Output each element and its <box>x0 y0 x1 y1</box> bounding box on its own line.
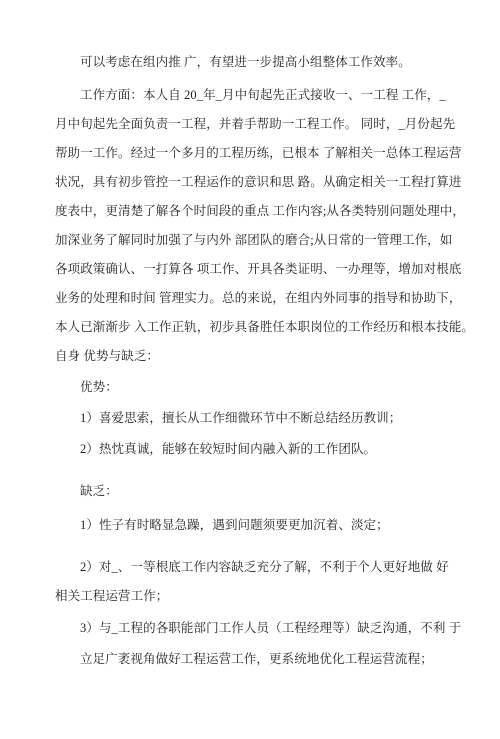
text-line: 工作方面：本人自 20_年_月中旬起先正式接收一、一工程 工作，_ <box>55 81 455 110</box>
text-line: 立足广袤视角做好工程运营工作，更系统地优化工程运营流程； <box>55 645 455 674</box>
text-line: 1）喜爱思索，擅长从工作细微环节中不断总结经历教训； <box>55 404 455 433</box>
text-line: 自身 优势与缺乏： <box>55 342 455 371</box>
text-line: 业务的处理和时间 管理实力。总的来说，在组内外同事的指导和协助下， <box>55 284 455 313</box>
text-line: 本人已渐渐步 入工作正轨，初步具备胜任本职岗位的工作经历和根本技能。 <box>55 313 455 342</box>
text-line: 度表中，更清楚了解各个时间段的重点 工作内容;从各类特别问题处理中， <box>55 197 455 226</box>
text-line: 相关工程运营工作； <box>55 582 455 611</box>
text-line: 月中旬起先全面负责一工程，并着手帮助一工程工作。 同时，_月份起先 <box>55 110 455 139</box>
text-line: 优势： <box>55 373 455 402</box>
text-line: 加深业务了解同时加强了与内外 部团队的磨合;从日常的一管理工作，如 <box>55 226 455 255</box>
text-line: 各项政策确认、一打算各 项工作、开具各类证明、一办理等，增加对根底 <box>55 255 455 284</box>
text-line: 2）对_、一等根底工作内容缺乏充分了解，不利于个人更好地做 好 <box>55 553 455 582</box>
text-line: 缺乏： <box>55 477 455 506</box>
document-page: 可以考虑在组内推 广，有望进一步提高小组整体工作效率。 工作方面：本人自 20_… <box>0 0 500 739</box>
text-line: 可以考虑在组内推 广，有望进一步提高小组整体工作效率。 <box>55 48 455 77</box>
text-line: 2）热忱真诚，能够在较短时间内融入新的工作团队。 <box>55 435 455 464</box>
text-line: 3）与_工程的各职能部门工作人员（工程经理等）缺乏沟通，不利 于 <box>55 614 455 643</box>
text-line: 状况，具有初步管控一工程运作的意识和思 路。从确定相关一工程打算进 <box>55 168 455 197</box>
text-line: 1）性子有时略显急躁，遇到问题须要更加沉着、淡定； <box>55 511 455 540</box>
text-line: 帮助一工作。经过一个多月的工程历练，已根本 了解相关一总体工程运营 <box>55 139 455 168</box>
